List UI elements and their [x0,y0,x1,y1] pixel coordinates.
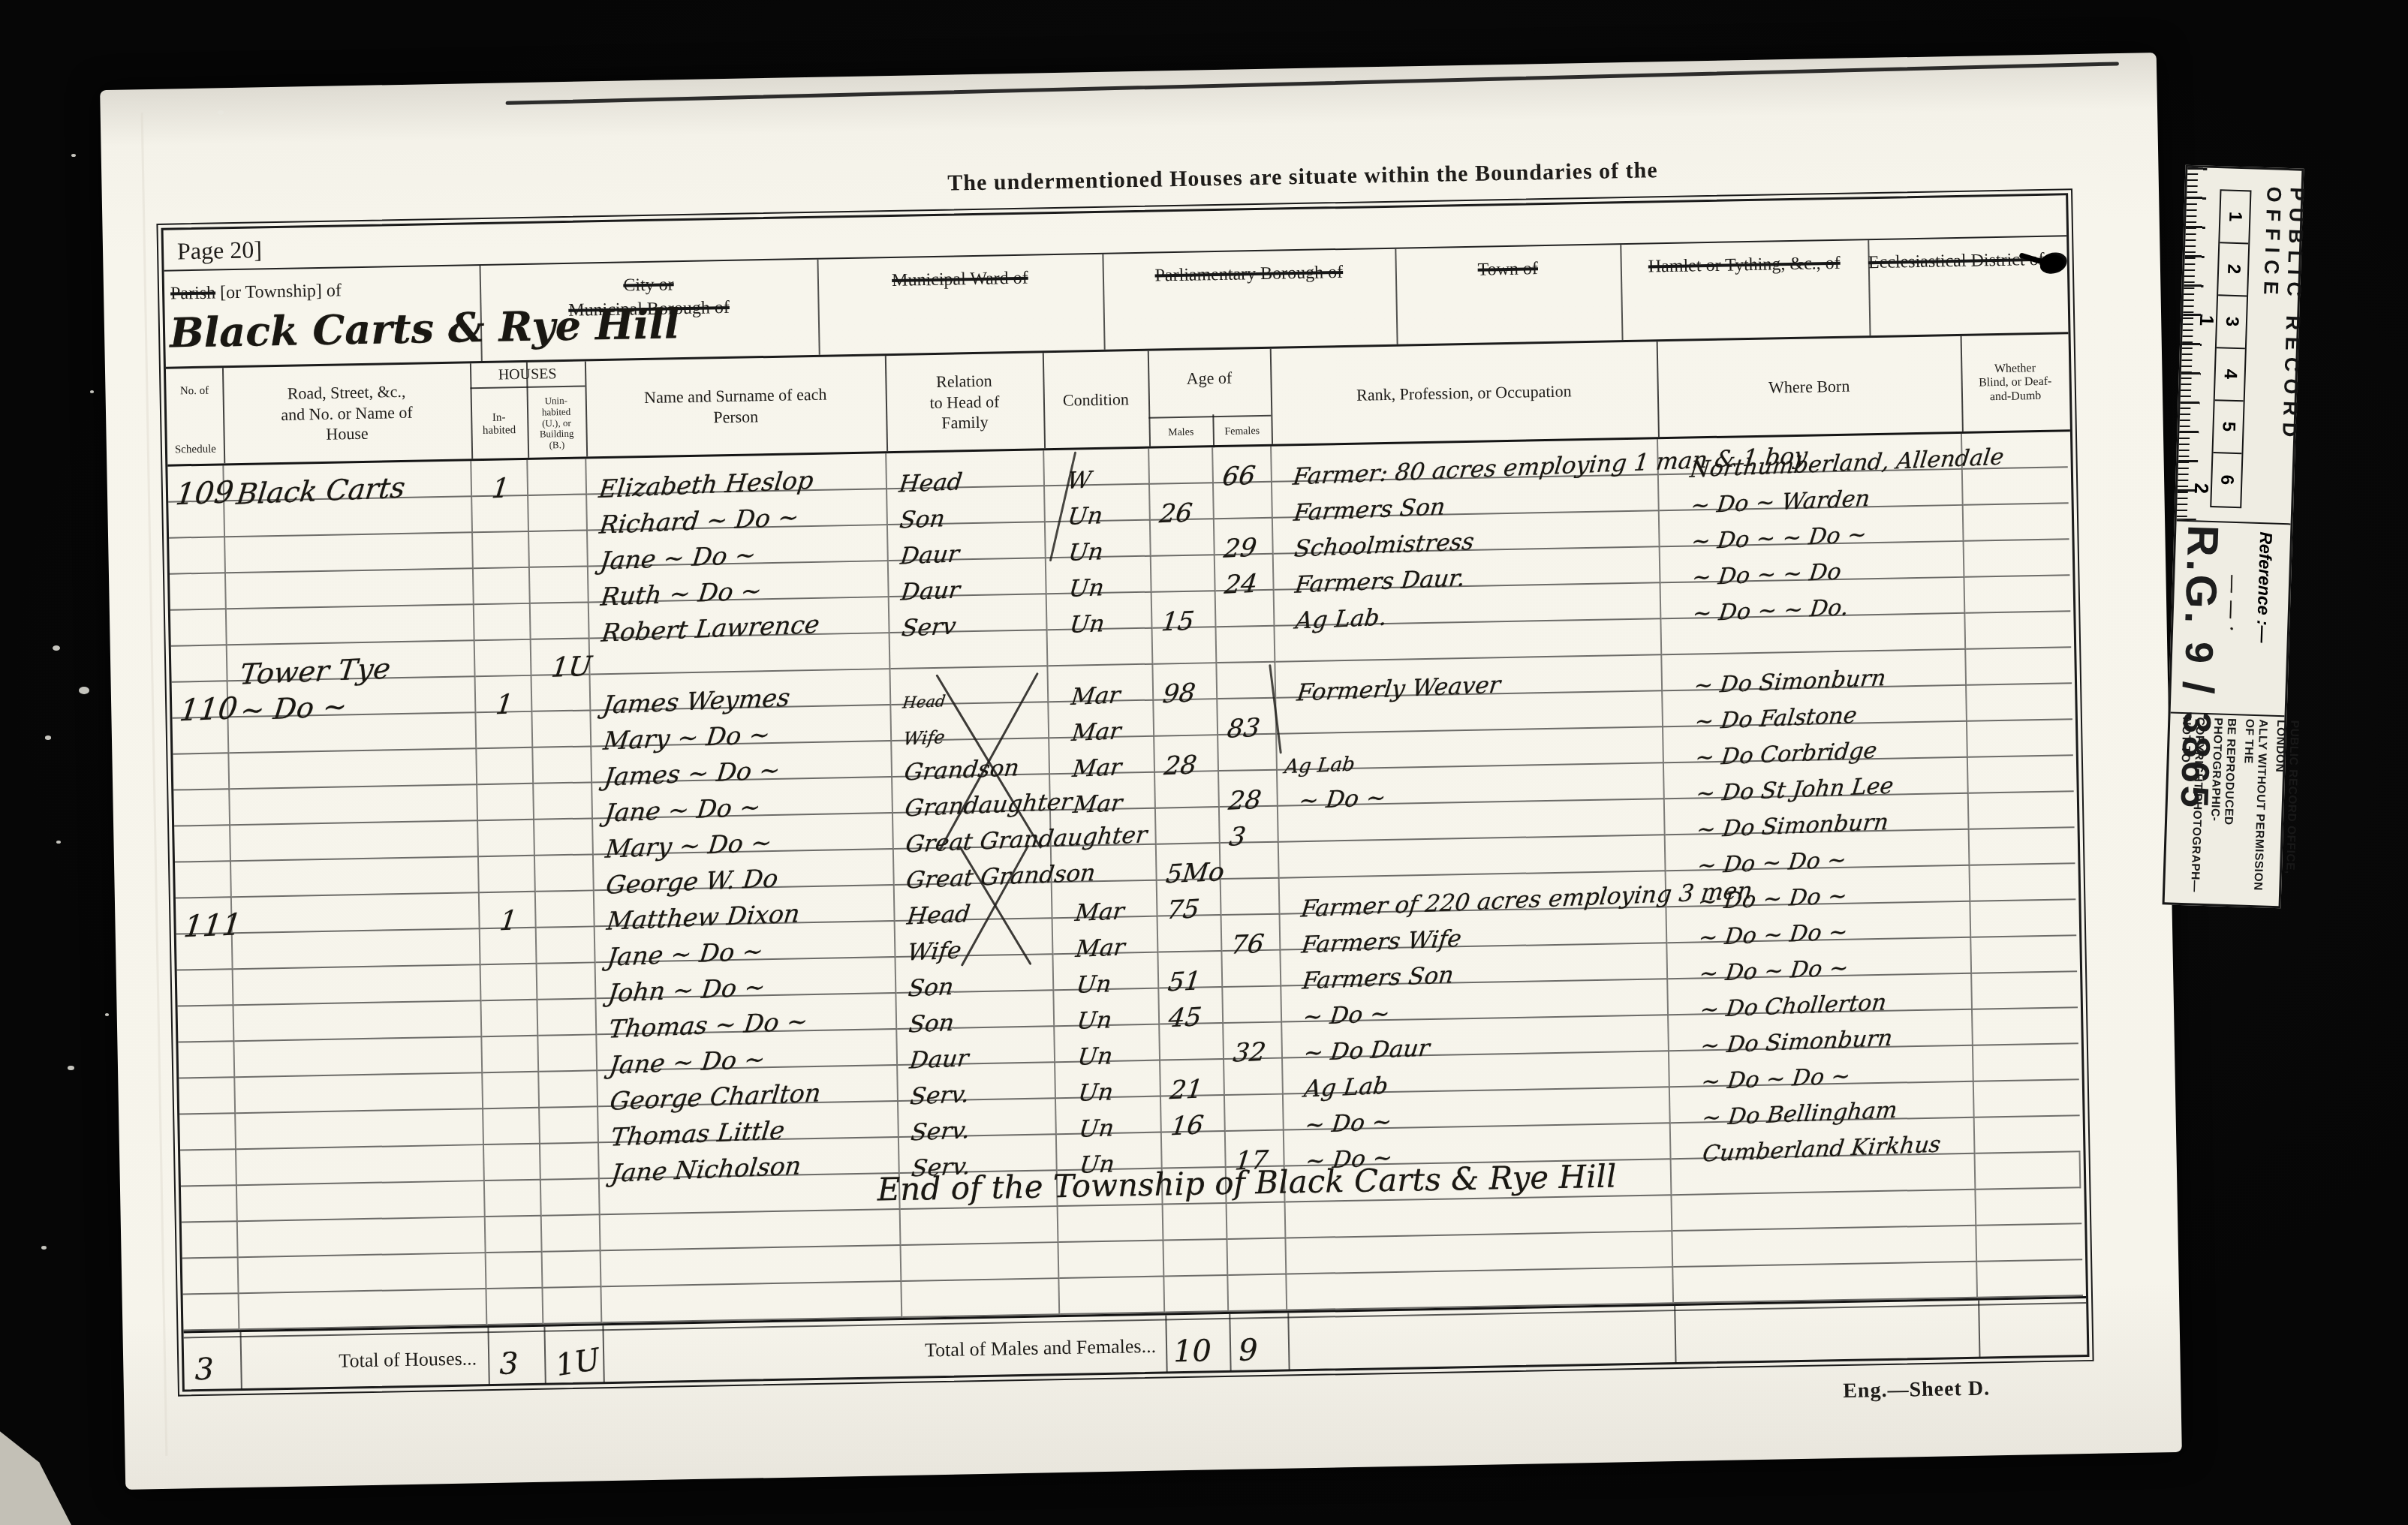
column-rule [1978,1301,1980,1358]
cell-road: ~ Do ~ [228,677,477,717]
cell-cond: Un [1053,953,1159,991]
cell-cond: Un [1056,1097,1162,1135]
cell-cond: Mar [1049,701,1154,739]
cell-born: ~ Do ~ ~ Do [1660,542,1965,583]
enumerator-tally-mark [926,841,1063,970]
total-persons-label: Total of Males and Females... [709,1335,1156,1366]
cell-sched [173,790,230,826]
cell-uninh [534,783,593,820]
total-females-handwritten: 9 [1239,1333,1258,1367]
cell-f: 32 [1224,1023,1283,1060]
cell-blind [1970,900,2076,938]
film-speck [45,735,51,740]
cell-m: 28 [1154,735,1219,773]
cell-name: Matthew Dixon [594,886,895,927]
cell-road [228,713,477,753]
column-rule [1287,1313,1290,1370]
cell-inh [477,784,534,821]
census-page-paper: The undermentioned Houses are situate wi… [100,53,2182,1490]
cell-sched: 109 [167,465,224,502]
schedule-total-handwritten: 3 [194,1352,214,1387]
cell-inh [474,604,531,641]
cell-blind [1973,1044,2079,1082]
cell-rel: Daur [897,1027,1055,1066]
cell-road [234,1001,483,1042]
cell-born: ~ Do Corbridge [1663,722,1968,763]
ruler-cm-number: 5 [2213,401,2243,454]
cell-uninh [535,855,594,892]
cell-road [226,569,474,609]
cell-uninh [529,531,588,567]
column-rule [1165,1315,1167,1372]
cell-blind [1973,1008,2078,1046]
copyright-line: ALLY WITHOUT PERMISSION OF THE [2237,719,2270,904]
page-number: Page 20] [177,236,263,265]
ruler-cm-number: 4 [2215,348,2245,402]
cell-blind [1964,504,2069,542]
cell-inh [474,568,531,605]
cell-f: 29 [1215,519,1274,555]
scanned-census-photo: The undermentioned Houses are situate wi… [0,0,2408,1525]
film-speck [41,1246,47,1250]
cell-road: Tower Tye [227,641,476,681]
cell-uninh [532,711,591,747]
cell-born: ~ Do ~ Do ~ [1667,938,1972,979]
cell-f [1222,951,1281,988]
hamlet-tything-header: Hamlet or Tything, &c., of [1620,240,1869,340]
cell-uninh [537,999,597,1036]
cell-rel [890,630,1049,669]
cell-f [1224,1059,1284,1096]
cell-m [1155,772,1220,809]
cell-sched: 110 [172,681,229,718]
cell-name: George W. Do [594,850,895,891]
cell-blind [1962,432,2068,470]
cell-born: ~ Do Falstone [1663,686,1967,727]
cell-m [1164,1276,1229,1313]
cell-cond: Un [1046,557,1152,595]
sheet-note: Eng.—Sheet D. [1843,1376,1990,1403]
cell-born [1672,1226,1977,1268]
film-speck [90,390,94,393]
cell-uninh [537,963,597,1000]
cell-road [227,605,475,645]
enumerator-tally-mark [911,666,1064,857]
copyright-line: COPYRIGHT PHOTOGRAPH—NOT TO [2174,717,2207,902]
cell-m: 26 [1150,483,1215,521]
census-form: Page 20] Parish [or Township] of Black C… [161,193,2090,1391]
cell-blind [1977,1260,2083,1298]
cell-road [230,785,478,826]
cell-born: ~ Do ~ Warden [1659,470,1964,511]
film-speck [105,1013,109,1016]
col-header-schedule: No. of Schedule [166,368,224,464]
cell-sched [170,573,227,610]
cell-uninh [542,1215,601,1252]
cell-name: James Weymes [591,669,892,711]
cell-rel [901,1243,1060,1282]
cell-inh [487,1289,544,1325]
cell-m [1158,916,1223,953]
column-rule [543,1327,546,1384]
cell-road [239,1289,488,1330]
cell-uninh [533,747,592,784]
cell-rel: Son [896,991,1055,1030]
col-header-uninhabited: Unin- habited (U.), or Building (B.) [527,387,587,459]
col-header-road: Road, Street, &c., and No. or Name of Ho… [222,363,471,463]
cell-m [1154,699,1218,737]
cell-cond [1058,1205,1164,1244]
cell-uninh [538,1035,597,1072]
cell-road [239,1253,487,1294]
cell-inh [484,1145,541,1181]
cell-born [1661,614,1966,655]
cell-born: ~ Do ~ Do ~ [1666,902,1971,943]
cell-name: Mary ~ Do ~ [591,705,892,747]
cell-f: 83 [1218,699,1277,735]
cell-cond: Mar [1052,881,1158,919]
census-rows: 109Black Carts1Elizabeth HeslopHeadW66Fa… [167,432,2086,1331]
cell-f: 76 [1222,915,1281,952]
ruler-cm-number-label: 4 [2220,369,2241,380]
reference-stamp: R.G. 9 / 3865 [2172,525,2229,714]
cell-cond: Mar [1050,773,1156,811]
cell-uninh [534,819,594,856]
public-record-office-ruler-card: 1 2 123456 PUBLIC RECORD OFFICE Referenc… [2163,165,2304,908]
cell-cond: Un [1055,1061,1161,1099]
ink-blot [2039,252,2067,274]
cell-name: Mary ~ Do ~ [593,814,894,855]
cell-blind [1972,972,2078,1010]
cell-blind [1967,720,2073,758]
cell-name: Robert Lawrence [589,597,890,639]
cell-f: 3 [1220,807,1279,844]
cell-m [1163,1240,1228,1277]
ruler-cm-number-label: 5 [2217,422,2238,432]
cell-name [601,1246,902,1287]
cell-cond [1051,809,1157,847]
col-header-males: Males [1148,417,1213,449]
town-header: Town of [1395,245,1621,344]
cell-inh [486,1253,543,1289]
cell-sched [180,1150,237,1187]
cell-inh [483,1072,540,1109]
cell-uninh [540,1143,600,1180]
cell-sched [173,753,230,790]
cell-blind [1970,864,2075,902]
cell-inh [483,1108,540,1145]
total-males-handwritten: 10 [1173,1334,1212,1369]
cell-uninh [532,675,591,711]
cell-m [1151,555,1216,593]
cell-uninh [539,1071,598,1108]
total-houses-label: Total of Houses... [251,1347,477,1373]
cell-blind [1965,612,2071,650]
cell-rel: Serv. [898,1063,1056,1102]
cell-f [1217,627,1276,663]
column-rule [602,1325,604,1382]
ruler-cm-number-label: 2 [2223,264,2244,275]
cell-rel: Daur [888,522,1046,561]
cell-born: ~ Do Simonburn [1662,650,1967,691]
col-header-disability: Whether Blind, or Deaf- and-Dumb [1961,334,2070,432]
cell-born: ~ Do ~ Do ~ [1669,1046,1974,1087]
township-name-handwritten: Black Carts & Rye Hill [169,296,680,360]
cell-rel [901,1207,1059,1246]
cell-name [600,1210,901,1251]
cell-name: Ruth ~ Do ~ [588,561,889,603]
cell-blind [1969,792,2075,830]
column-rule [239,1332,242,1389]
cell-f [1221,879,1281,916]
cell-cond [1052,845,1157,883]
ruler-cm-number-label: 1 [2224,212,2245,222]
cell-name: Elizabeth Heslop [586,453,887,495]
cell-sched [179,1078,236,1114]
cell-inh [472,496,529,533]
ruler-cm-ticks [2177,167,2208,521]
cell-inh [480,928,537,965]
reference-label: Reference :— [2250,531,2277,712]
cell-name: Richard ~ Do ~ [587,489,888,531]
cell-uninh [540,1107,599,1144]
cell-road: Black Carts [224,461,472,501]
col-header-born: Where Born [1657,336,1962,437]
cell-road [232,893,480,934]
cell-m [1156,808,1221,845]
cell-blind [1964,540,2070,578]
ruler-inch-mark: 2 [2190,483,2213,494]
cell-name: James ~ Do ~ [591,741,892,783]
film-speck [218,110,224,115]
cell-rel: Daur [889,558,1047,597]
film-speck [56,841,61,844]
cell-blind [1967,684,2072,722]
cell-uninh [528,495,588,531]
cell-sched [182,1258,239,1295]
cell-road [237,1181,486,1222]
cell-rel: Son [887,486,1046,525]
cell-inh [486,1217,543,1253]
cell-sched [176,934,233,970]
column-rule [487,1328,489,1385]
cell-sched [173,717,230,754]
film-speck [71,154,76,157]
cell-inh [477,748,534,785]
cell-inh [479,856,536,893]
cell-f [1214,483,1273,519]
cell-m [1160,1024,1224,1061]
ruler-cm-number-label: 6 [2216,475,2237,486]
cell-uninh: 1U [531,639,591,675]
cell-cond [1059,1277,1165,1316]
cell-cond [1059,1241,1165,1280]
cell-blind [1963,468,2069,506]
cell-sched [171,645,228,682]
cell-blind [1971,936,2077,974]
cell-road [233,965,482,1006]
cell-inh [478,820,535,857]
cell-uninh [543,1287,602,1324]
municipal-ward-header: Municipal Ward of [817,254,1103,355]
cell-born: ~ Do ~ Do ~ [1666,866,1971,907]
col-header-relation: Relation to Head of Family [885,353,1044,451]
cell-inh [473,532,530,569]
cell-road [231,857,480,898]
cell-f [1227,1239,1287,1276]
cell-born: ~ Do Simonburn [1665,794,1970,835]
boundary-title: The undermentioned Houses are situate wi… [777,155,1828,200]
cell-born [1672,1190,1976,1232]
film-speck [79,687,89,694]
cell-name: Thomas Little [598,1102,899,1143]
cell-uninh [528,459,587,495]
cell-sched [179,1114,236,1151]
cell-cond: Mar [1049,737,1155,775]
cell-born: ~ Do ~ ~ Do. [1661,578,1966,619]
cell-sched [177,970,234,1006]
cell-cond: Mar [1053,917,1159,955]
cell-m: 75 [1157,880,1222,917]
cell-f: 17 [1226,1131,1285,1168]
cell-blind [1976,1188,2081,1226]
film-flare [0,1411,71,1525]
cell-rel: Serv. [898,1099,1057,1138]
ruler-number-column: 123456 [2210,189,2251,508]
cell-road [236,1109,484,1150]
cell-road [225,533,474,573]
cell-cond: Un [1047,593,1153,631]
cell-road [234,1037,483,1078]
cell-inh [482,1036,539,1073]
cell-inh: 1 [476,676,533,713]
column-rule [1674,1306,1676,1363]
cell-name: Jane ~ Do ~ [597,1030,898,1071]
cell-rel [901,1279,1060,1318]
cell-inh [475,640,532,677]
cell-sched [168,501,225,538]
cell-m: 51 [1158,952,1223,989]
film-speck [53,645,60,651]
cell-inh [476,712,533,749]
total-inhabited-handwritten: 3 [499,1346,519,1381]
total-uninhabited-handwritten: 1U [553,1343,603,1384]
cell-blind [1974,1080,2080,1118]
record-office-title: PUBLIC RECORD OFFICE [2252,186,2309,518]
cell-m [1149,447,1214,485]
cell-road [238,1217,486,1258]
cell-uninh [543,1251,602,1288]
parliamentary-borough-header: Parliamentary Borough of [1102,249,1396,350]
cell-rel: Serv [889,594,1048,633]
cell-m: 45 [1159,988,1224,1025]
cell-road [233,929,481,970]
cell-f: 28 [1219,771,1278,808]
cell-cond: Un [1057,1133,1163,1172]
cell-f [1223,987,1282,1024]
cell-blind [1976,1224,2082,1262]
cell-f [1228,1275,1287,1312]
cell-sched [178,1042,235,1078]
cell-m: 21 [1160,1060,1225,1097]
cell-road [229,749,477,790]
cell-sched [170,609,227,646]
cell-m [1153,627,1218,665]
cell-name [601,1282,902,1323]
cell-name: George Charlton [597,1066,898,1107]
col-header-females: Females [1212,417,1272,447]
cell-born: ~ Do ~ Do ~ [1666,830,1970,871]
cell-m [1163,1204,1228,1241]
cell-born: ~ Do St John Lee [1664,758,1969,799]
cell-m [1151,519,1215,557]
cell-blind [1970,828,2075,866]
cell-born: ~ Do Chollerton [1668,974,1973,1015]
column-rule [1229,1314,1231,1371]
cell-uninh [530,567,589,603]
cell-cond [1048,629,1154,667]
cell-sched [178,1006,235,1042]
cell-uninh [531,603,590,639]
cell-inh [481,1000,538,1037]
col-header-name: Name and Surname of each Person [585,356,886,456]
cell-rel: Head [886,450,1045,489]
parish-township-label: Parish [or Township] of [170,278,342,306]
cell-uninh [536,891,595,928]
cell-f [1221,843,1280,880]
cell-blind [1976,1152,2081,1190]
ruler-cm-number: 3 [2217,296,2247,349]
cell-f [1217,663,1276,699]
ruler-cm-number: 6 [2211,453,2241,507]
cell-sched [183,1294,240,1331]
cell-road [230,821,479,862]
cell-blind [1966,648,2072,686]
cell-inh [481,964,538,1001]
cell-m: 5Mo [1157,844,1221,881]
cell-born: ~ Do Bellingham [1670,1082,1975,1123]
cell-cond: Un [1046,521,1151,559]
copyright-line: PUBLIC RECORD OFFICE, LONDON [2268,720,2301,905]
parish-township-header: Parish [or Township] of Black Carts & Ry… [164,266,481,367]
col-header-inhabited: In- habited [471,388,528,461]
cell-m: 16 [1161,1096,1226,1133]
adjacent-page-edge [506,62,2119,105]
cell-f: 24 [1215,555,1275,591]
ruler-cm-number-label: 3 [2221,317,2242,327]
ruler-inch-mark: 1 [2195,314,2218,326]
cell-cond: W [1044,449,1150,487]
col-header-occupation: Rank, Profession, or Occupation [1270,341,1658,444]
cell-name [590,633,891,675]
cell-sched [182,1222,239,1259]
cell-road [236,1145,485,1186]
cell-f [1225,1095,1284,1132]
cell-born: ~ Do ~ ~ Do ~ [1660,506,1964,547]
cell-road [224,497,473,537]
cell-born: Northumberland, Allendale [1658,434,1963,475]
cell-uninh [537,927,596,964]
col-header-condition: Condition [1043,351,1149,449]
cell-sched [174,826,231,862]
cell-name: Thomas ~ Do ~ [596,994,897,1035]
cell-m: 98 [1153,663,1218,701]
cell-name: Jane ~ Do ~ [592,778,893,819]
copyright-line: BE REPRODUCED PHOTOGRAPHIC- [2205,717,2238,903]
cell-f [1216,591,1275,627]
cell-m: 15 [1152,591,1217,629]
cell-born: ~ Do Simonburn [1669,1010,1973,1051]
